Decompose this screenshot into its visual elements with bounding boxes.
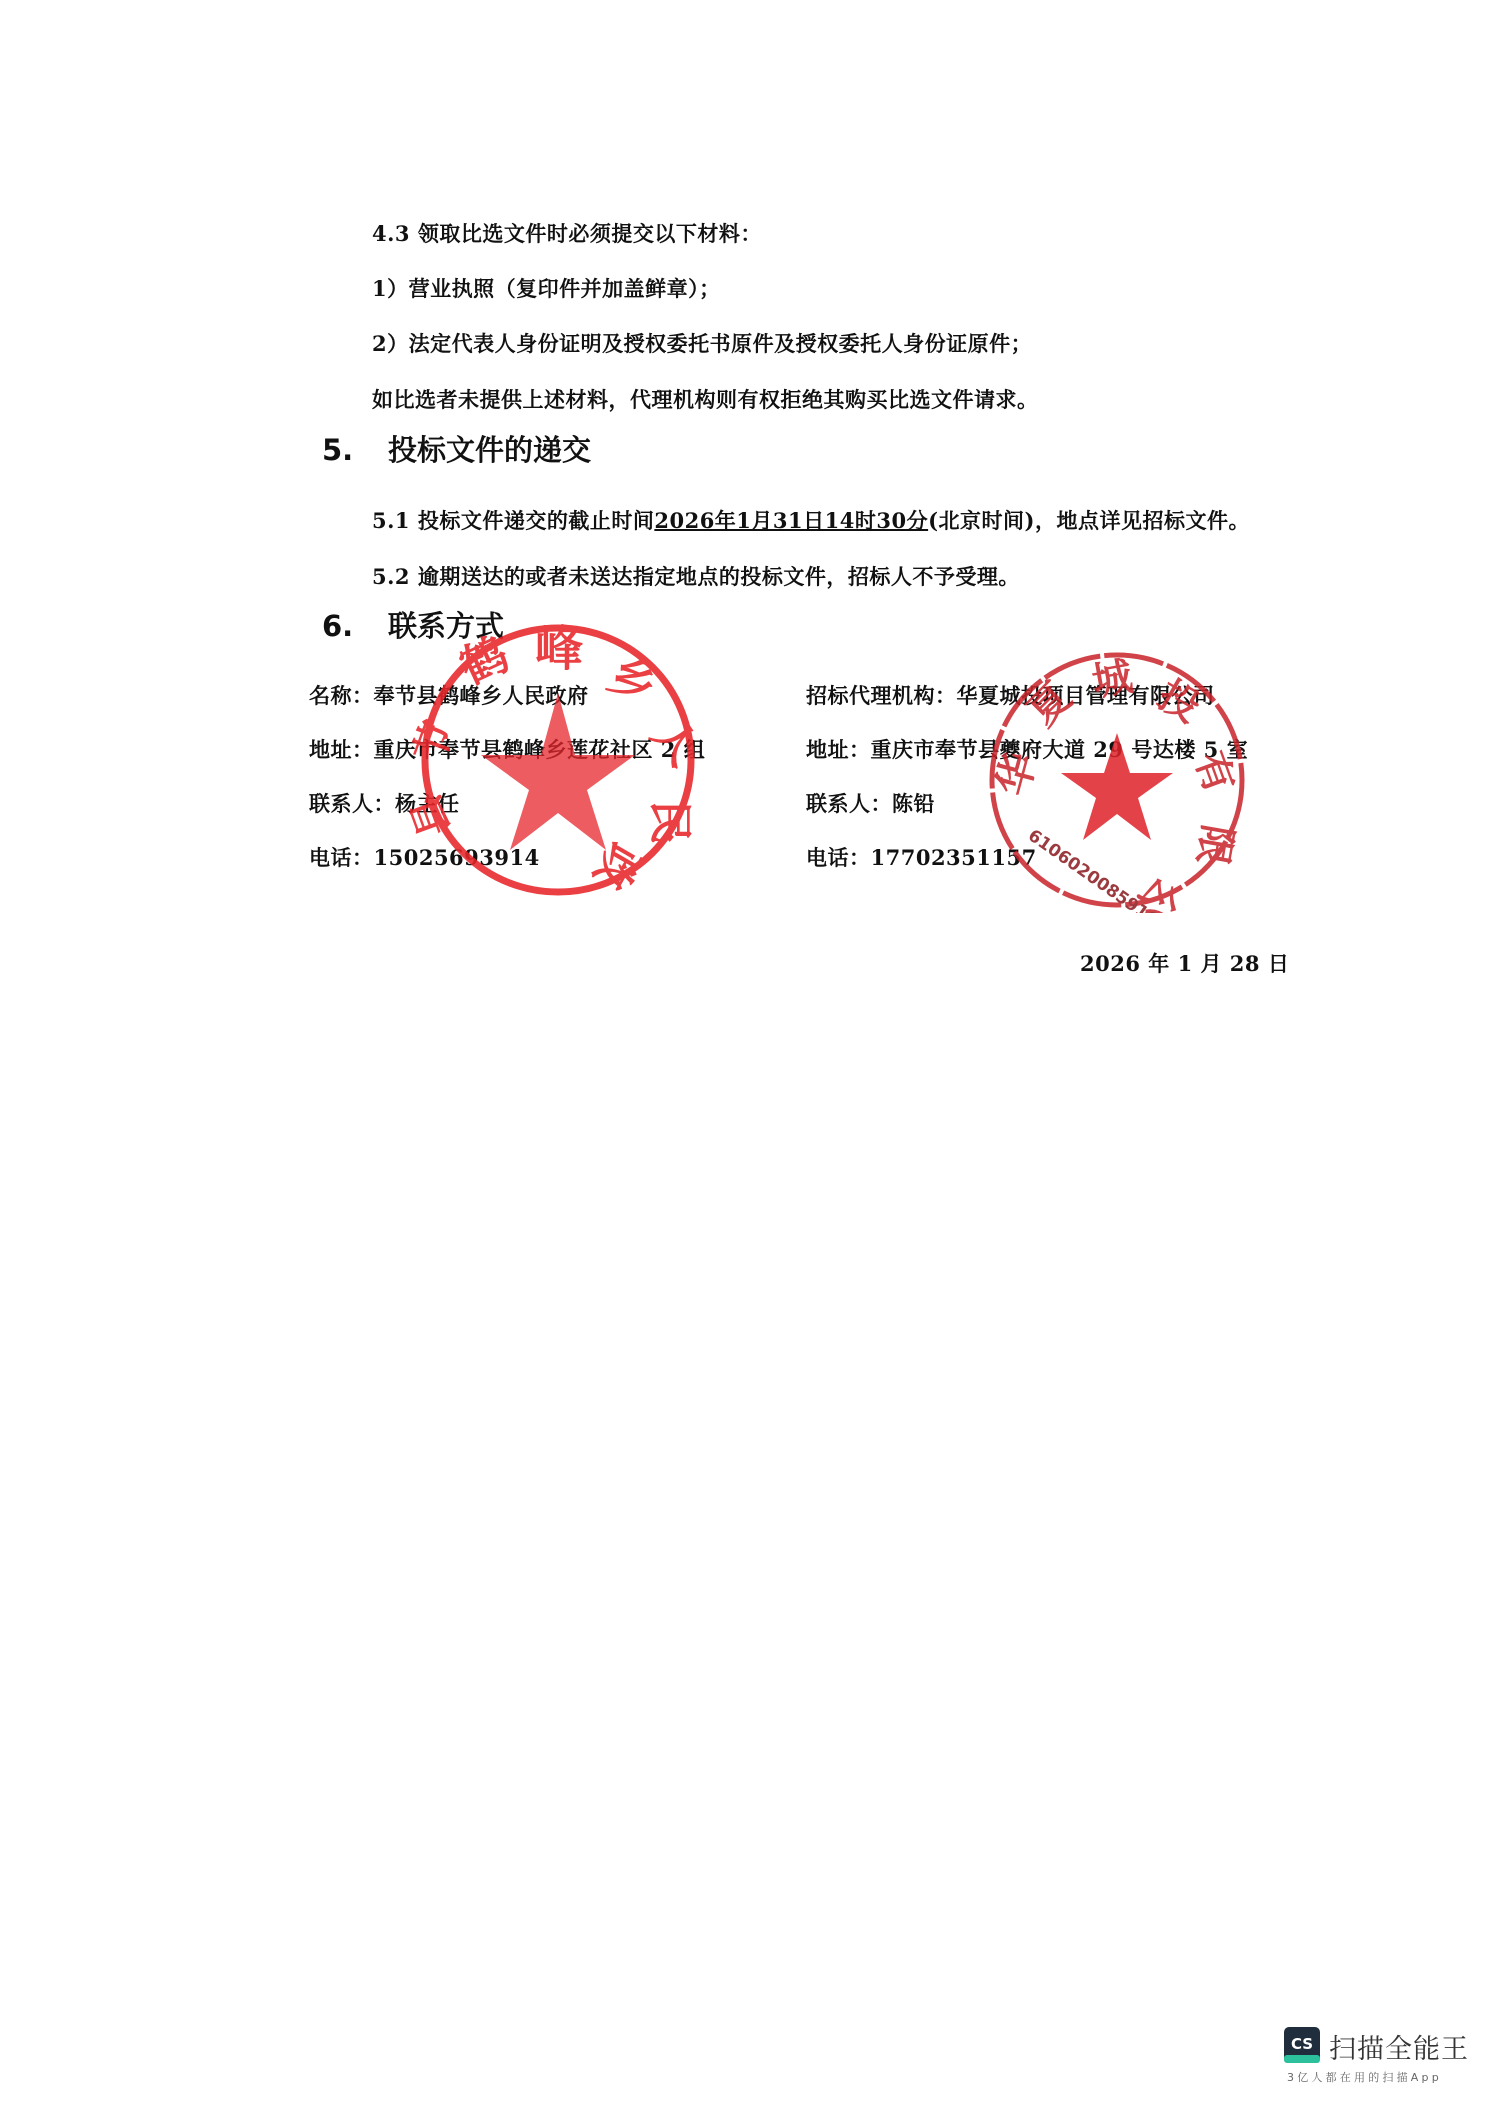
deadline: 2026年1月31日14时30分 — [654, 508, 928, 533]
svg-text:乡: 乡 — [600, 646, 665, 714]
svg-text:CS: CS — [1291, 2035, 1313, 2053]
requirement-note: 如比选者未提供上述材料，代理机构则有权拒绝其购买比选文件请求。 — [372, 384, 1039, 414]
star-icon — [481, 693, 635, 850]
svg-text:峰: 峰 — [535, 621, 583, 677]
svg-text:民: 民 — [644, 800, 695, 844]
svg-text:节: 节 — [410, 715, 463, 768]
government-seal-stamp: 鹤 峰 乡 人 民 政 节 县 — [410, 615, 710, 900]
section-5-heading: 5.投标文件的递交 — [322, 428, 591, 469]
watermark-subtitle: 3亿人都在用的扫描App — [1287, 2069, 1442, 2085]
seal-serial: 6106020085916 — [1024, 826, 1161, 913]
svg-text:投: 投 — [1150, 672, 1208, 732]
item-5-2: 5.2 逾期送达的或者未送达指定地点的投标文件，招标人不予受理。 — [372, 561, 1020, 591]
section-5-number: 5. — [322, 433, 388, 467]
item-5-1-suffix: (北京时间)，地点详见招标文件。 — [928, 508, 1250, 533]
svg-text:夏: 夏 — [1020, 674, 1081, 735]
svg-text:人: 人 — [642, 709, 709, 775]
agency-seal-stamp: 华 夏 城 投 有 限 公 6106020085916 — [985, 648, 1250, 913]
svg-text:城: 城 — [1089, 654, 1136, 706]
document-date: 2026 年 1 月 28 日 — [1080, 948, 1289, 978]
watermark-title: 扫描全能王 — [1329, 2027, 1469, 2066]
section-6-number: 6. — [322, 609, 388, 643]
item-5-1: 5.1 投标文件递交的截止时间2026年1月31日14时30分(北京时间)，地点… — [372, 505, 1250, 535]
document-page: 4.3 领取比选文件时必须提交以下材料： 1）营业执照（复印件并加盖鲜章）； 2… — [0, 0, 1487, 2105]
svg-text:有: 有 — [1186, 746, 1243, 799]
camscanner-logo-icon: CS — [1284, 2027, 1320, 2063]
requirement-2: 2）法定代表人身份证明及授权委托书原件及授权委托人身份证原件； — [372, 328, 1032, 358]
svg-text:华: 华 — [987, 747, 1045, 800]
item-4-3: 4.3 领取比选文件时必须提交以下材料： — [372, 218, 762, 248]
requirement-1: 1）营业执照（复印件并加盖鲜章）； — [372, 273, 721, 303]
item-5-1-prefix: 5.1 投标文件递交的截止时间 — [372, 508, 654, 533]
section-5-title: 投标文件的递交 — [388, 433, 591, 467]
agency-contact: 联系人：陈铅 — [806, 788, 935, 818]
svg-text:限: 限 — [1188, 821, 1240, 868]
